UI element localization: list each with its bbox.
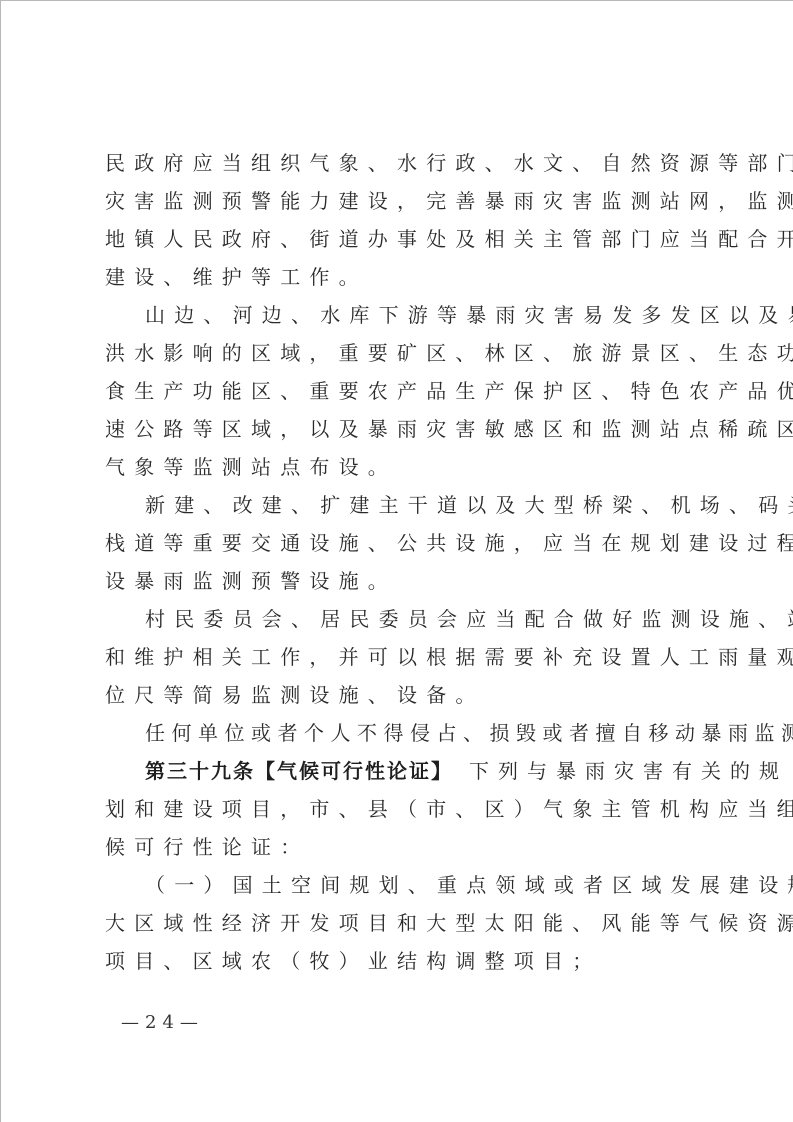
text-line: 和维护相关工作，并可以根据需要补充设置人工雨量观测筒、水 bbox=[105, 638, 695, 676]
article-39-item-1: （一）国土空间规划、重点领域或者区域发展建设规划，重 大区域性经济开发项目和大型… bbox=[105, 866, 695, 980]
paragraph-committees: 村民委员会、居民委员会应当配合做好监测设施、站点建设 和维护相关工作，并可以根据… bbox=[105, 600, 695, 714]
text-line: 速公路等区域，以及暴雨灾害敏感区和监测站点稀疏区应当加密 bbox=[105, 410, 695, 448]
article-heading: 第三十九条【气候可行性论证】 bbox=[145, 759, 453, 783]
text-line: 任何单位或者个人不得侵占、损毁或者擅自移动暴雨监测设施。 bbox=[105, 714, 695, 752]
page-number: —24— bbox=[121, 1010, 204, 1036]
text-line: 灾害监测预警能力建设，完善暴雨灾害监测站网，监测站点所在 bbox=[105, 182, 695, 220]
text-line: 建设、维护等工作。 bbox=[105, 258, 695, 296]
text-line: 地镇人民政府、街道办事处及相关主管部门应当配合开展规划、 bbox=[105, 220, 695, 258]
text-line: 项目、区域农（牧）业结构调整项目； bbox=[105, 942, 695, 980]
paragraph-monitoring-capacity: 民政府应当组织气象、水行政、水文、自然资源等部门加强暴雨 灾害监测预警能力建设，… bbox=[105, 144, 695, 296]
paragraph-high-risk-areas: 山边、河边、水库下游等暴雨灾害易发多发区以及易受外来 洪水影响的区域，重要矿区、… bbox=[105, 296, 695, 486]
text-line: 新建、改建、扩建主干道以及大型桥梁、机场、码头、玻璃 bbox=[105, 486, 695, 524]
text-line: 划和建设项目，市、县（市、区）气象主管机构应当组织开展气 bbox=[105, 790, 695, 828]
text-line: 民政府应当组织气象、水行政、水文、自然资源等部门加强暴雨 bbox=[105, 144, 695, 182]
text-line: 食生产功能区、重要农产品生产保护区、特色农产品优势区、高 bbox=[105, 372, 695, 410]
text-line: （一）国土空间规划、重点领域或者区域发展建设规划，重 bbox=[105, 866, 695, 904]
paragraph-prohibition: 任何单位或者个人不得侵占、损毁或者擅自移动暴雨监测设施。 bbox=[105, 714, 695, 752]
article-39: 第三十九条【气候可行性论证】下列与暴雨灾害有关的规 划和建设项目，市、县（市、区… bbox=[105, 752, 695, 866]
text-line: 洪水影响的区域，重要矿区、林区、旅游景区、生态功能区、粮 bbox=[105, 334, 695, 372]
article-intro-text: 下列与暴雨灾害有关的规 bbox=[469, 759, 788, 783]
text-line: 村民委员会、居民委员会应当配合做好监测设施、站点建设 bbox=[105, 600, 695, 638]
document-page: 民政府应当组织气象、水行政、水文、自然资源等部门加强暴雨 灾害监测预警能力建设，… bbox=[0, 0, 793, 1122]
text-line: 大区域性经济开发项目和大型太阳能、风能等气候资源开发利用 bbox=[105, 904, 695, 942]
document-body: 民政府应当组织气象、水行政、水文、自然资源等部门加强暴雨 灾害监测预警能力建设，… bbox=[105, 144, 695, 980]
text-line: 设暴雨监测预警设施。 bbox=[105, 562, 695, 600]
text-line: 山边、河边、水库下游等暴雨灾害易发多发区以及易受外来 bbox=[105, 296, 695, 334]
text-line: 栈道等重要交通设施、公共设施，应当在规划建设过程中同步建 bbox=[105, 524, 695, 562]
text-line: 位尺等简易监测设施、设备。 bbox=[105, 676, 695, 714]
paragraph-infrastructure: 新建、改建、扩建主干道以及大型桥梁、机场、码头、玻璃 栈道等重要交通设施、公共设… bbox=[105, 486, 695, 600]
text-line: 候可行性论证： bbox=[105, 828, 695, 866]
text-line: 气象等监测站点布设。 bbox=[105, 448, 695, 486]
article-heading-line: 第三十九条【气候可行性论证】下列与暴雨灾害有关的规 bbox=[105, 752, 695, 790]
